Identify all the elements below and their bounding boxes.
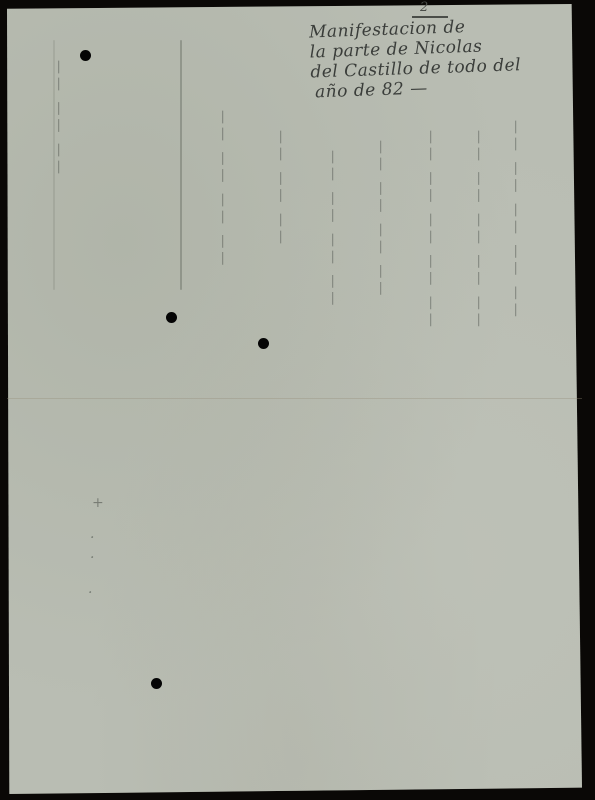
punch-hole — [151, 678, 162, 689]
punch-hole — [166, 312, 177, 323]
faint-column: —— —— —— — [48, 58, 70, 281]
faint-column: —— —— —— — [270, 128, 292, 391]
faint-column: —— —— —— —— —— — [420, 128, 442, 601]
faint-column: —— —— —— —— —— — [505, 118, 527, 601]
faint-column: —— —— —— —— — [370, 138, 392, 601]
faint-column: —— —— —— —— — [322, 148, 344, 581]
margin-mark: + — [92, 495, 104, 511]
punch-hole — [80, 50, 91, 61]
margin-mark: · — [90, 530, 94, 546]
fold-crease — [7, 398, 582, 399]
page-number: 2 — [420, 0, 428, 15]
margin-line — [180, 40, 182, 290]
faint-column: —— —— —— —— — [212, 108, 234, 391]
margin-mark: · — [88, 585, 92, 601]
faint-column: —— —— —— —— —— — [468, 128, 490, 601]
punch-hole — [258, 338, 269, 349]
margin-mark: · — [90, 550, 94, 566]
document-heading: Manifestacion de la parte de Nicolas del… — [309, 13, 572, 102]
document-page — [7, 4, 582, 794]
